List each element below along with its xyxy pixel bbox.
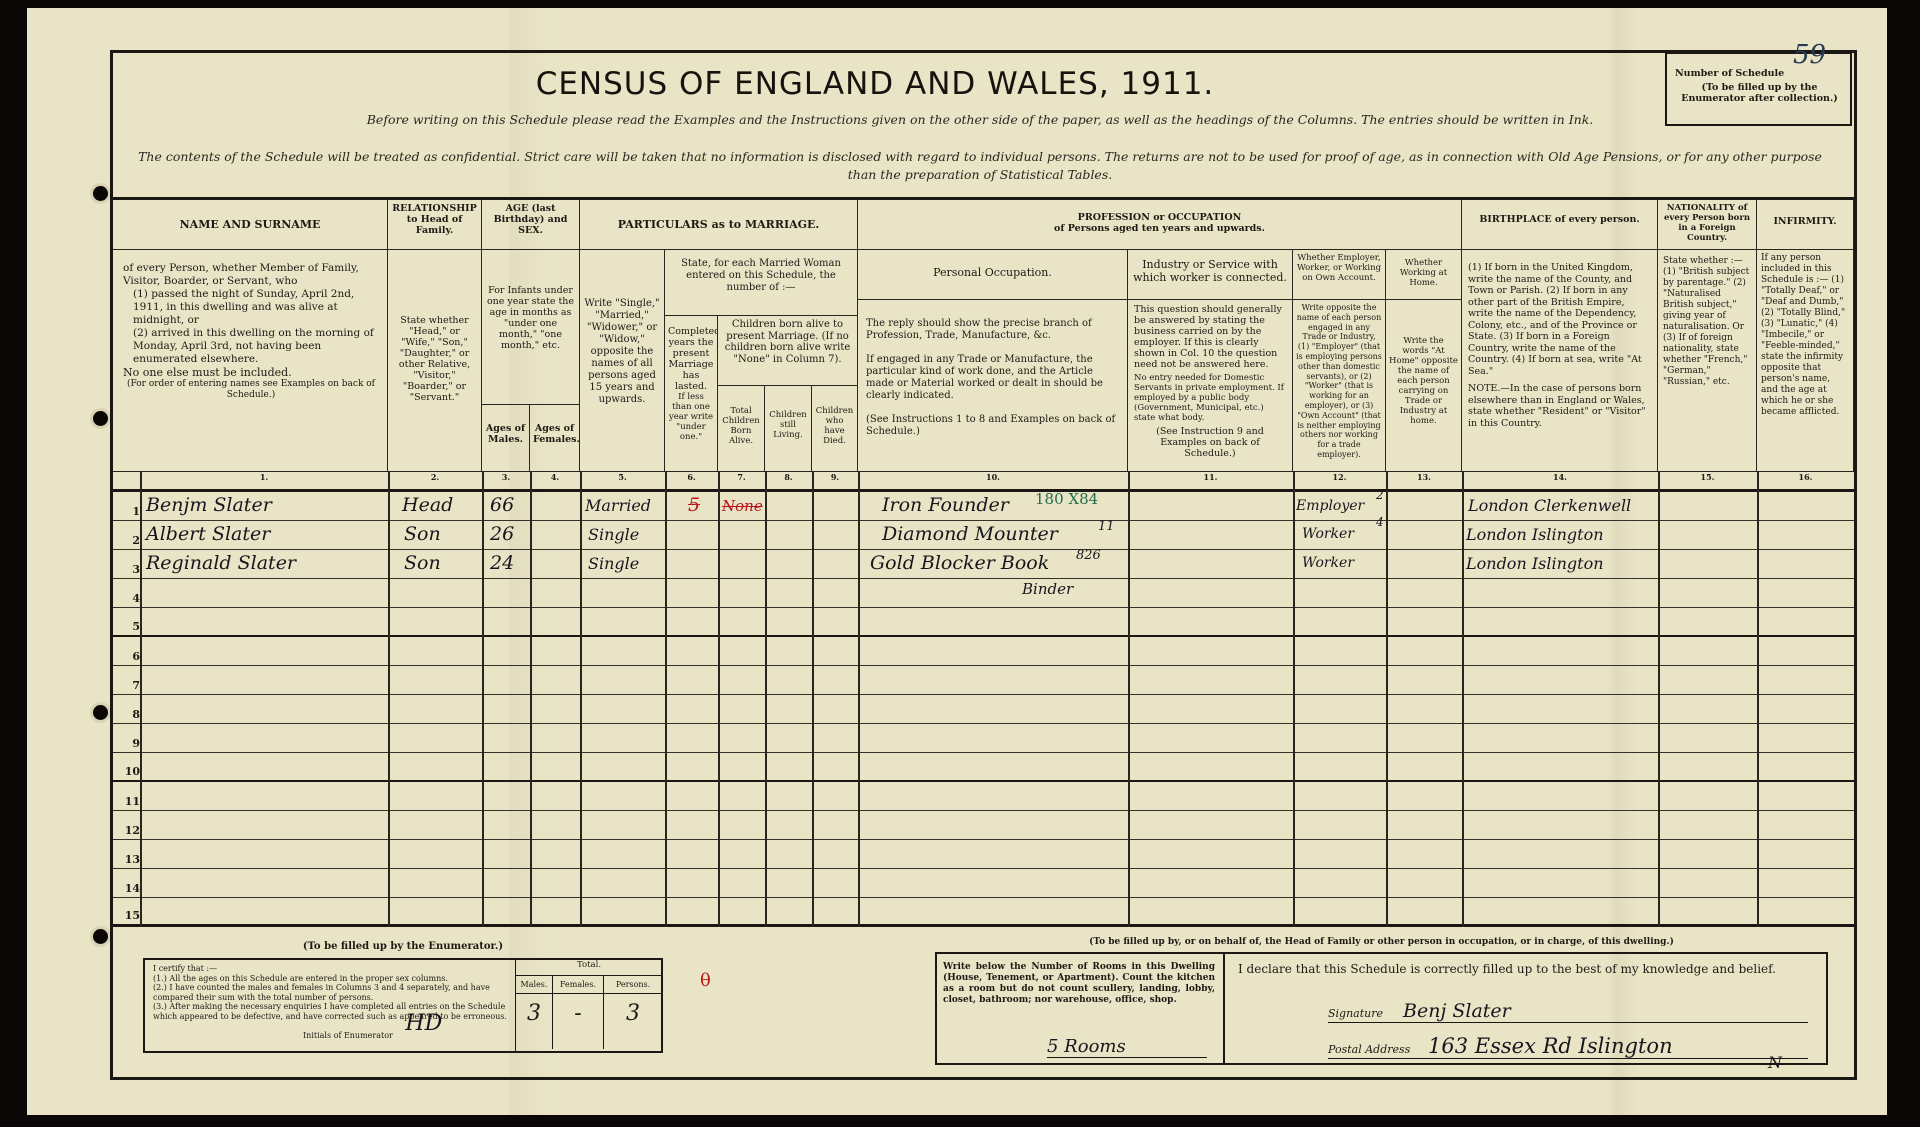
col-marriage-title: PARTICULARS as to MARRIAGE.	[580, 200, 858, 250]
col-infirmity-instructions: If any person included in this Schedule …	[1757, 250, 1854, 472]
col-employer-instructions: Write opposite the name of each person e…	[1293, 300, 1386, 472]
column-divider	[1462, 472, 1464, 927]
person-occupation: Gold Blocker Book	[870, 552, 1049, 574]
employment-status: Worker	[1302, 526, 1354, 542]
row-number: 6	[113, 650, 140, 663]
person-relationship: Son	[404, 552, 441, 574]
col-females-label: Ages of Females.	[530, 405, 580, 472]
punch-hole	[93, 186, 108, 201]
col-at-home-instructions: Write the words "At Home" opposite the n…	[1386, 300, 1462, 472]
column-divider	[1386, 472, 1388, 927]
col-occupation-title: PROFESSION or OCCUPATION of Persons aged…	[858, 200, 1462, 250]
employment-status: Worker	[1302, 555, 1354, 571]
col-number: 7.	[718, 472, 765, 482]
initials-label: Initials of Enumerator	[303, 1031, 393, 1040]
table-row: 7	[113, 666, 1854, 695]
column-divider	[140, 472, 142, 927]
schedule-number: 59	[1793, 50, 1826, 61]
column-divider	[665, 472, 667, 927]
column-divider	[765, 472, 767, 927]
enumerator-initials: HD	[405, 1011, 442, 1036]
person-birthplace: London Islington	[1466, 525, 1604, 544]
col-number: 13.	[1386, 472, 1462, 482]
person-relationship: Son	[404, 523, 441, 545]
col-children-living: Children still Living.	[765, 386, 812, 472]
column-divider	[1293, 472, 1295, 927]
industry-text-b: No entry needed for Domestic Servants in…	[1134, 373, 1286, 423]
schedule-number-label: Number of Schedule	[1675, 68, 1784, 79]
col-number: 10.	[858, 472, 1128, 482]
col-number: 6.	[665, 472, 718, 482]
occupation-title: PROFESSION or OCCUPATION	[861, 212, 1458, 223]
row-number: 10	[113, 765, 140, 778]
col-number: 14.	[1462, 472, 1658, 482]
column-divider	[580, 472, 582, 927]
row-number: 5	[113, 620, 140, 633]
occupation-code: 180 X84	[1035, 490, 1098, 508]
column-divider	[812, 472, 814, 927]
col-age-instructions: For Infants under one year state the age…	[482, 250, 580, 405]
person-occupation: Diamond Mounter	[882, 523, 1058, 545]
col-at-home-title: Whether Working at Home.	[1386, 250, 1462, 300]
col-infirmity-title: INFIRMITY.	[1757, 200, 1854, 250]
row-number: 7	[113, 679, 140, 692]
col-number: 11.	[1128, 472, 1293, 482]
punch-hole	[93, 705, 108, 720]
col-number: 3.	[482, 472, 530, 482]
red-check-mark: θ	[700, 970, 711, 991]
row-number: 4	[113, 592, 140, 605]
table-row: 4	[113, 579, 1854, 608]
column-divider	[718, 472, 720, 927]
page-title: CENSUS OF ENGLAND AND WALES, 1911.	[110, 66, 1640, 102]
row-number: 9	[113, 737, 140, 750]
col-personal-occupation-title: Personal Occupation.	[858, 250, 1128, 300]
person-occupation: Iron Founder	[882, 494, 1009, 516]
person-name: Benjm Slater	[146, 494, 272, 516]
industry-text-a: This question should generally be answer…	[1134, 304, 1286, 370]
occupation-code: 11	[1098, 519, 1115, 534]
punch-hole	[93, 929, 108, 944]
person-name: Albert Slater	[146, 523, 270, 545]
col-number: 9.	[812, 472, 858, 482]
col-birthplace-title: BIRTHPLACE of every person.	[1462, 200, 1658, 250]
col-nationality-instructions: State whether :— (1) "British subject by…	[1658, 250, 1757, 472]
table-row: 8	[113, 695, 1854, 724]
col-age-title: AGE (last Birthday) and SEX.	[482, 200, 580, 250]
row-number: 15	[113, 909, 140, 922]
postal-address-label: Postal Address	[1328, 1043, 1410, 1056]
col-name-title: NAME AND SURNAME	[113, 200, 388, 250]
person-occupation-continued: Binder	[1022, 580, 1073, 598]
col-number: 12.	[1293, 472, 1386, 482]
col-birthplace-instructions: (1) If born in the United Kingdom, write…	[1462, 250, 1658, 472]
total-persons: 3	[604, 994, 662, 1049]
row-number: 12	[113, 824, 140, 837]
person-birthplace: London Clerkenwell	[1468, 496, 1631, 515]
row-number: 14	[113, 882, 140, 895]
table-row: 13	[113, 840, 1854, 869]
row-number: 2	[113, 534, 140, 547]
row-number: 13	[113, 853, 140, 866]
punch-hole	[93, 411, 108, 426]
row-number: 1	[113, 505, 140, 518]
signature: Benj Slater	[1403, 1000, 1511, 1022]
column-divider	[1128, 472, 1130, 927]
industry-text-c: (See Instruction 9 and Examples on back …	[1134, 426, 1286, 459]
column-divider	[530, 472, 532, 927]
certify-item-2: (2.) I have counted the males and female…	[153, 983, 513, 1002]
col-name-text-a: of every Person, whether Member of Famil…	[123, 262, 379, 288]
rooms-instruction: Write below the Number of Rooms in this …	[943, 962, 1215, 1006]
col-number: 5.	[580, 472, 665, 482]
children-header: Children born alive to present Marriage.…	[718, 316, 858, 386]
postal-address-field: Postal Address 163 Essex Rd Islington N	[1328, 1032, 1808, 1059]
col-nationality-title: NATIONALITY of every Person born in a Fo…	[1658, 200, 1757, 250]
table-row: 15	[113, 898, 1854, 927]
children-total: None	[722, 497, 763, 515]
males-label: Males.	[516, 976, 553, 993]
person-marital-status: Single	[588, 525, 639, 544]
table-row: 5	[113, 608, 1854, 637]
occupation-text-b: If engaged in any Trade or Manufacture, …	[866, 354, 1119, 402]
married-woman-header: State, for each Married Woman entered on…	[665, 250, 858, 316]
row-number: 3	[113, 563, 140, 576]
col-industry-title: Industry or Service with which worker is…	[1128, 250, 1293, 300]
instruction-line: Before writing on this Schedule please r…	[130, 112, 1830, 127]
row-number: 8	[113, 708, 140, 721]
col-employer-title: Whether Employer, Worker, or Working on …	[1293, 250, 1386, 300]
column-divider	[388, 472, 390, 927]
table-row: 12	[113, 811, 1854, 840]
col-personal-occupation-instructions: The reply should show the precise branch…	[858, 300, 1128, 472]
col-name-text-d: No one else must be included.	[123, 366, 379, 379]
person-marital-status: Single	[588, 554, 639, 573]
signature-field: Signature Benj Slater	[1328, 996, 1808, 1023]
person-marital-status: Married	[585, 496, 651, 515]
persons-label: Persons.	[604, 976, 662, 993]
col-children-died: Children who have Died.	[812, 386, 858, 472]
col-years-married: Completed years the present Marriage has…	[665, 316, 718, 472]
certify-item-1: (1.) All the ages on this Schedule are e…	[153, 974, 513, 984]
certificate-text: I certify that :— (1.) All the ages on t…	[153, 964, 513, 1041]
enumerator-heading: (To be filled up by the Enumerator.)	[143, 941, 663, 952]
col-name-instructions: of every Person, whether Member of Famil…	[113, 250, 388, 472]
column-divider	[1757, 472, 1759, 927]
col-number: 16.	[1757, 472, 1854, 482]
person-age-male: 26	[490, 523, 514, 545]
declaration-box: I declare that this Schedule is correctl…	[1223, 952, 1828, 1065]
certify-intro: I certify that :—	[153, 964, 513, 974]
enumerator-certificate: I certify that :— (1.) All the ages on t…	[143, 958, 663, 1053]
col-males-label: Ages of Males.	[482, 405, 530, 472]
head-of-family-heading: (To be filled up by, or on behalf of, th…	[935, 937, 1828, 947]
col-number: 15.	[1658, 472, 1757, 482]
column-number-strip: 1. 2. 3. 4. 5. 6. 7. 8. 9. 10. 11. 12. 1…	[113, 472, 1854, 492]
schedule-number-box: Number of Schedule 59 (To be filled up b…	[1665, 52, 1852, 126]
postal-district: N	[1768, 1053, 1782, 1072]
totals-heading: Total.	[516, 960, 662, 976]
occupation-text-a: The reply should show the precise branch…	[866, 318, 1119, 342]
col-number: 1.	[140, 472, 388, 482]
table-row: 10	[113, 753, 1854, 782]
totals-table: Total. Males. Females. Persons. 3 - 3	[515, 960, 662, 1051]
total-females: -	[553, 994, 604, 1049]
rooms-count: 5 Rooms	[1047, 1036, 1207, 1058]
col-relationship-instructions: State whether "Head," or "Wife," "Son," …	[388, 250, 482, 472]
person-relationship: Head	[402, 494, 453, 516]
col-number: 4.	[530, 472, 580, 482]
person-age-male: 24	[490, 552, 514, 574]
col-children-total: Total Children Born Alive.	[718, 386, 765, 472]
col-number: 2.	[388, 472, 482, 482]
row-number: 11	[113, 795, 140, 808]
col-years-married-note: If less than one year write "under one."	[668, 392, 714, 442]
total-males: 3	[516, 994, 553, 1049]
table-row: 6	[113, 637, 1854, 666]
schedule-number-note: (To be filled up by the Enumerator after…	[1675, 82, 1844, 104]
table-row: 9	[113, 724, 1854, 753]
col-marital-status-instructions: Write "Single," "Married," "Widower," or…	[580, 250, 665, 472]
occupation-subtitle: of Persons aged ten years and upwards.	[861, 223, 1458, 234]
occupation-code: 826	[1076, 548, 1101, 563]
females-label: Females.	[553, 976, 604, 993]
col-name-text-e: (For order of entering names see Example…	[123, 379, 379, 401]
rooms-box: Write below the Number of Rooms in this …	[935, 952, 1225, 1065]
col-name-text-b: (1) passed the night of Sunday, April 2n…	[123, 288, 379, 327]
col-number: 8.	[765, 472, 812, 482]
col-name-text-c: (2) arrived in this dwelling on the morn…	[123, 327, 379, 366]
person-name: Reginald Slater	[146, 552, 296, 574]
confidential-line-2: than the preparation of Statistical Tabl…	[130, 167, 1830, 182]
col-years-married-label: Completed years the present Marriage has…	[668, 326, 714, 392]
signature-label: Signature	[1328, 1007, 1383, 1020]
employment-status: Employer	[1296, 498, 1364, 514]
column-divider	[482, 472, 484, 927]
birthplace-text: (1) If born in the United Kingdom, write…	[1468, 262, 1651, 377]
col-relationship-title: RELATIONSHIP to Head of Family.	[388, 200, 482, 250]
postal-address: 163 Essex Rd Islington	[1428, 1034, 1673, 1058]
col-industry-instructions: This question should generally be answer…	[1128, 300, 1293, 472]
employment-code: 2	[1376, 488, 1384, 502]
occupation-text-c: (See Instructions 1 to 8 and Examples on…	[866, 414, 1119, 438]
certify-item-3: (3.) After making the necessary enquirie…	[153, 1002, 513, 1021]
column-divider	[858, 472, 860, 927]
person-age-male: 66	[490, 494, 514, 516]
declaration-text: I declare that this Schedule is correctl…	[1238, 962, 1776, 976]
birthplace-note: NOTE.—In the case of persons born elsewh…	[1468, 383, 1651, 429]
table-row: 11	[113, 782, 1854, 811]
employment-code: 4	[1376, 515, 1384, 529]
table-row: 14	[113, 869, 1854, 898]
confidential-line: The contents of the Schedule will be tre…	[130, 149, 1830, 164]
person-birthplace: London Islington	[1466, 554, 1604, 573]
column-divider	[1658, 472, 1660, 927]
years-married: 5	[688, 494, 700, 516]
